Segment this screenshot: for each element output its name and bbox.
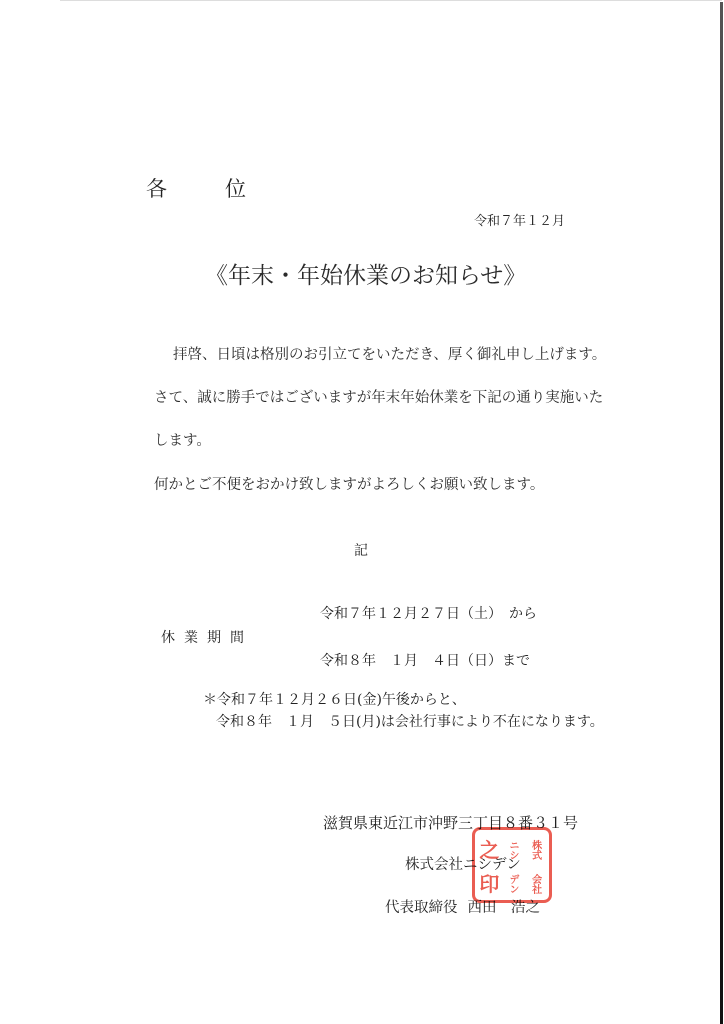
addressee-left: 各 bbox=[146, 177, 167, 201]
seal-char: 之 bbox=[478, 833, 501, 867]
document-page: 各位 令和７年１２月 《年末・年始休業のお知らせ》 拝啓、日頃は格別のお引立てを… bbox=[0, 0, 724, 1024]
note-line-1: ＊令和７年１２月２６日(金)午後からと、 bbox=[203, 689, 466, 709]
closure-from-date: 令和７年１２月２７日（土） から bbox=[320, 603, 537, 623]
note-line-2: 令和８年 １月 ５日(月)は会社行事により不在になります。 bbox=[216, 711, 604, 731]
seal-char: 会社 bbox=[523, 867, 546, 901]
body-line-1: 拝啓、日頃は格別のお引立てをいただき、厚く御礼申し上げます。 bbox=[173, 343, 606, 364]
addressee: 各位 bbox=[146, 173, 246, 203]
body-line-3: します。 bbox=[154, 429, 211, 450]
seal-char: デン bbox=[501, 867, 524, 901]
notice-title: 《年末・年始休業のお知らせ》 bbox=[205, 257, 526, 290]
representative-title: 代表取締役 bbox=[385, 900, 458, 916]
closure-period-label: 休業期間 bbox=[161, 627, 253, 647]
seal-char: 印 bbox=[478, 867, 501, 901]
scan-right-edge bbox=[720, 2, 723, 1024]
seal-char: 株式 bbox=[523, 833, 546, 867]
company-seal-stamp: 株式 会社 ニシ デン 之 印 bbox=[472, 827, 552, 903]
body-line-4: 何かとご不便をおかけ致しますがよろしくお願い致します。 bbox=[154, 473, 544, 494]
ki-heading: 記 bbox=[354, 540, 368, 560]
closure-to-date: 令和８年 １月 ４日（日）まで bbox=[320, 650, 530, 670]
scan-top-edge bbox=[60, 0, 722, 1]
issue-date: 令和７年１２月 bbox=[474, 210, 565, 229]
seal-char: ニシ bbox=[501, 833, 524, 867]
addressee-right: 位 bbox=[225, 177, 246, 201]
body-line-2: さて、誠に勝手ではございますが年末年始休業を下記の通り実施いた bbox=[154, 386, 603, 407]
